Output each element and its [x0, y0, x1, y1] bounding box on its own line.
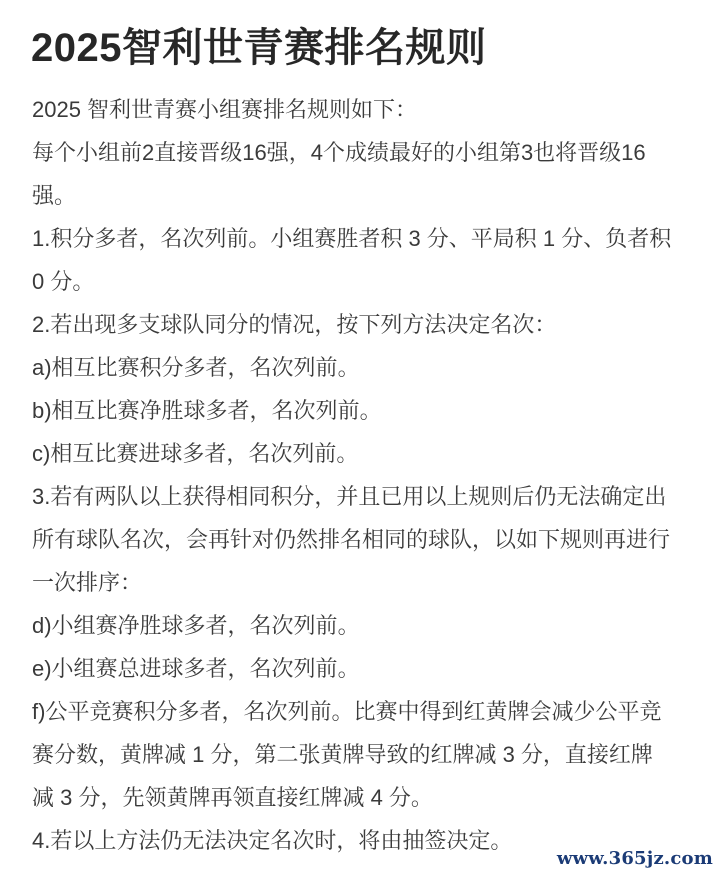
- text-line: 0 分。: [32, 260, 692, 303]
- text-line: f)公平竞赛积分多者，名次列前。比赛中得到红黄牌会减少公平竞: [32, 690, 692, 733]
- site-watermark: www.365jz.com: [557, 848, 713, 870]
- page-title: 2025智利世青赛排名规则: [0, 0, 720, 70]
- article-page: 2025智利世青赛排名规则 2025 智利世青赛小组赛排名规则如下：每个小组前2…: [0, 0, 720, 877]
- text-line: 强。: [32, 174, 692, 217]
- text-line: 2025 智利世青赛小组赛排名规则如下：: [32, 88, 692, 131]
- text-line: e)小组赛总进球多者，名次列前。: [32, 647, 692, 690]
- text-line: d)小组赛净胜球多者，名次列前。: [32, 604, 692, 647]
- text-line: a)相互比赛积分多者，名次列前。: [32, 346, 692, 389]
- text-line: 赛分数，黄牌减 1 分，第二张黄牌导致的红牌减 3 分，直接红牌: [32, 733, 692, 776]
- text-line: 所有球队名次，会再针对仍然排名相同的球队，以如下规则再进行: [32, 518, 692, 561]
- text-line: 一次排序：: [32, 561, 692, 604]
- text-line: 减 3 分，先领黄牌再领直接红牌减 4 分。: [32, 776, 692, 819]
- text-line: 2.若出现多支球队同分的情况，按下列方法决定名次：: [32, 303, 692, 346]
- text-line: 3.若有两队以上获得相同积分，并且已用以上规则后仍无法确定出: [32, 475, 692, 518]
- article-body: 2025 智利世青赛小组赛排名规则如下：每个小组前2直接晋级16强，4个成绩最好…: [32, 88, 692, 862]
- text-line: b)相互比赛净胜球多者，名次列前。: [32, 389, 692, 432]
- text-line: 1.积分多者，名次列前。小组赛胜者积 3 分、平局积 1 分、负者积: [32, 217, 692, 260]
- text-line: 每个小组前2直接晋级16强，4个成绩最好的小组第3也将晋级16: [32, 131, 692, 174]
- text-line: c)相互比赛进球多者，名次列前。: [32, 432, 692, 475]
